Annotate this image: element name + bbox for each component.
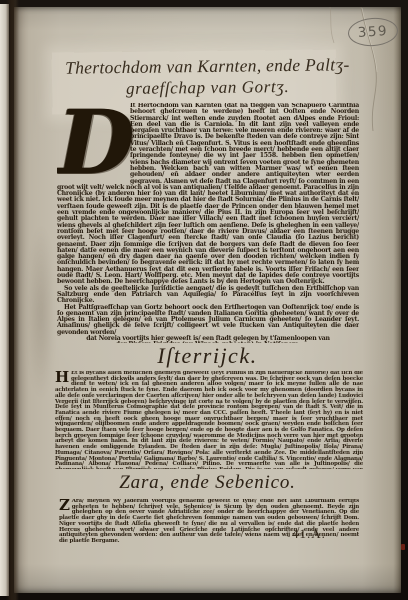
initial-h: H: [55, 372, 69, 383]
paragraph-text: Et is bycans allen menſchen ghemeyn ghew…: [55, 371, 363, 469]
paragraph-tail-centered: dat Noreia voortijts hier geweeſt is/ ee…: [57, 336, 359, 343]
folio-number-pencil: 359: [347, 16, 399, 47]
initial-z: Z: [59, 500, 70, 511]
ornate-initial-d: D: [57, 106, 125, 182]
section-karnten-text: DIt Hertochdom van Karnten (dat na tſegg…: [57, 103, 359, 343]
paragraph-text: So vele als de geeſtelijcke Juriſdictie …: [57, 286, 359, 305]
book-gutter-shadow: [6, 0, 19, 600]
scanned-book-photo: 359 Thertochdom van Karnten, ende Paltʒ-…: [0, 0, 408, 600]
heading-isterrijck: Iſterrijck.: [14, 344, 401, 368]
heading-zara-sebenico: Zara, ende Sebenico.: [14, 472, 401, 494]
book-page: 359 Thertochdom van Karnten, ende Paltʒ-…: [14, 7, 401, 593]
folio-number: 359: [357, 23, 388, 41]
red-speck: [401, 544, 405, 550]
section-isterrijck-text: HEt is bycans allen menſchen ghemeyn ghe…: [55, 371, 363, 469]
paragraph-text: Het Paltſgraefſchap van Gortz behoort oo…: [57, 305, 359, 336]
signature-mark: 41.A.: [292, 526, 326, 542]
page-title: Thertochdom van Karnten, ende Paltʒ- gra…: [14, 54, 401, 101]
